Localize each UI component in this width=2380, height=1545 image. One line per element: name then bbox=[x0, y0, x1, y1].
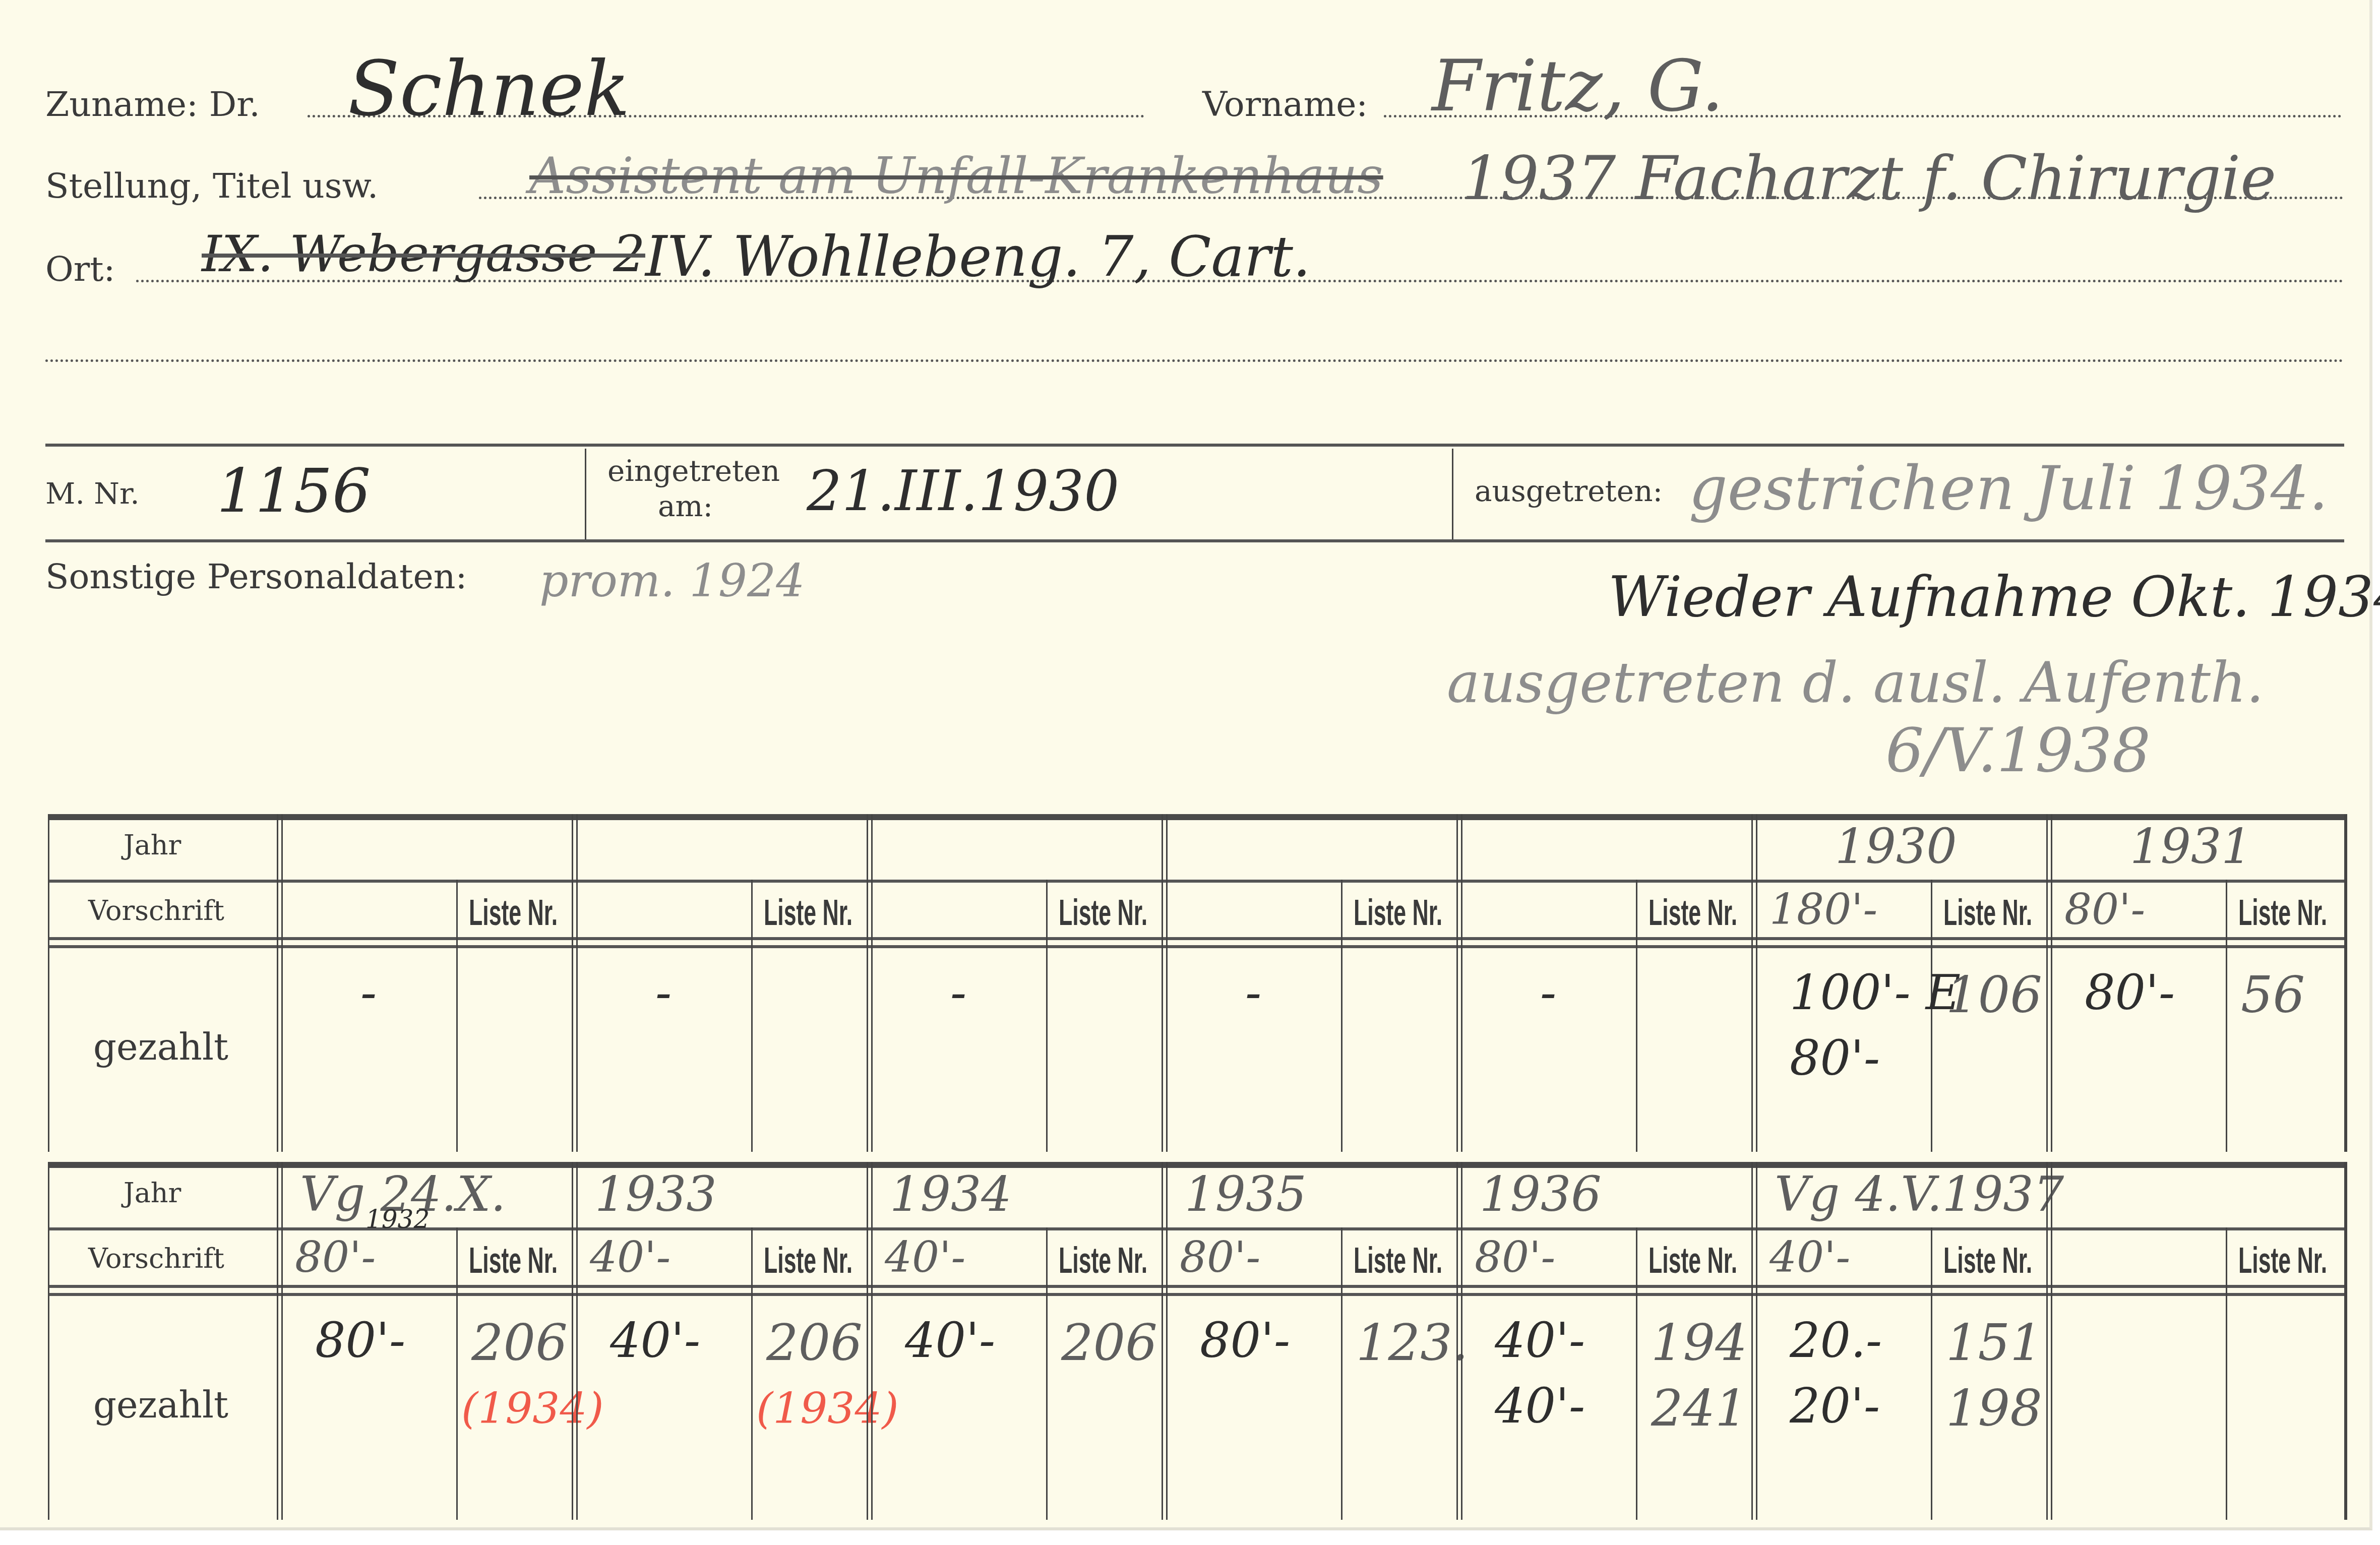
liste-divider bbox=[456, 1227, 458, 1520]
liste-cell: 56 bbox=[2241, 965, 2305, 1024]
row-label-gezahlt: gezahlt bbox=[93, 1384, 228, 1426]
year-cell: 1935 bbox=[1185, 1167, 1307, 1222]
liste-nr-label: Liste Nr. bbox=[764, 892, 852, 934]
row-label-vorschrift: Vorschrift bbox=[88, 1243, 224, 1274]
table-border-left bbox=[48, 814, 49, 1152]
eingetreten-value: 21.III.1930 bbox=[807, 459, 1119, 523]
ausgetreten-label: ausgetreten: bbox=[1475, 474, 1663, 508]
liste-nr-label: Liste Nr. bbox=[1649, 892, 1737, 934]
liste-cell: 151 bbox=[1946, 1313, 2042, 1372]
gezahlt-cell: - bbox=[1540, 965, 1556, 1021]
gezahlt-cell: 40'- bbox=[905, 1313, 995, 1369]
column-divider bbox=[1162, 814, 1168, 1152]
liste-nr-label: Liste Nr. bbox=[2238, 1240, 2327, 1281]
ort-label: Ort: bbox=[45, 250, 115, 289]
liste-cell: 206 bbox=[766, 1313, 863, 1372]
liste-nr-label: Liste Nr. bbox=[1943, 1240, 2032, 1281]
table-border-right bbox=[2344, 1162, 2347, 1520]
table-rule-vorschrift-1 bbox=[48, 1285, 2344, 1288]
zuname-label: Zuname: Dr. bbox=[45, 85, 260, 125]
liste-cell: 198 bbox=[1946, 1379, 2042, 1438]
index-card: Zuname: Dr. Schnek Vorname: Fritz, G. St… bbox=[0, 0, 2372, 1530]
table-border-right bbox=[2344, 814, 2347, 1152]
vorschrift-cell: 80'- bbox=[2064, 885, 2145, 935]
note-date: 6/V.1938 bbox=[1885, 716, 2151, 786]
liste-divider bbox=[2226, 1227, 2227, 1520]
zuname-value: Schnek bbox=[348, 45, 630, 133]
table-rule-vorschrift-2 bbox=[48, 945, 2344, 948]
table-rule-vorschrift-1 bbox=[48, 937, 2344, 940]
column-divider bbox=[867, 1162, 873, 1520]
row-label-jahr: Jahr bbox=[124, 1177, 181, 1209]
vorschrift-cell: 40'- bbox=[885, 1232, 965, 1282]
divider-1 bbox=[585, 449, 586, 539]
note-readmission: Wieder Aufnahme Okt. 1934 bbox=[1608, 565, 2380, 629]
vorschrift-cell: 80'- bbox=[295, 1232, 376, 1282]
table-rule-vorschrift-2 bbox=[48, 1293, 2344, 1296]
gezahlt-cell: 40'- bbox=[1495, 1379, 1585, 1434]
liste-nr-label: Liste Nr. bbox=[1059, 892, 1147, 934]
vorschrift-cell: 80'- bbox=[1180, 1232, 1260, 1282]
column-divider bbox=[1456, 814, 1462, 1152]
column-divider bbox=[1456, 1162, 1462, 1520]
gezahlt-cell: - bbox=[655, 965, 672, 1021]
stellung-value: 1937 Facharzt f. Chirurgie bbox=[1462, 144, 2276, 214]
vorschrift-cell: 40'- bbox=[1769, 1232, 1850, 1282]
gezahlt-cell: - bbox=[1245, 965, 1261, 1021]
ort-struck: IX. Webergasse 2 bbox=[202, 224, 645, 283]
eingetreten-label: eingetreten bbox=[607, 454, 780, 488]
sonstige-label: Sonstige Personaldaten: bbox=[45, 557, 467, 597]
vorschrift-cell: 40'- bbox=[590, 1232, 670, 1282]
column-divider bbox=[572, 814, 578, 1152]
liste-divider bbox=[751, 1227, 753, 1520]
liste-cell: 106 bbox=[1946, 965, 2042, 1024]
note-left: ausgetreten d. ausl. Aufenth. bbox=[1447, 650, 2264, 715]
eingetreten-am-label: am: bbox=[658, 489, 713, 523]
liste-cell: 123. bbox=[1356, 1313, 1469, 1372]
gezahlt-cell: 20'- bbox=[1790, 1379, 1880, 1434]
liste-nr-label: Liste Nr. bbox=[469, 892, 558, 934]
column-divider bbox=[1162, 1162, 1168, 1520]
gezahlt-cell: 80'- bbox=[1790, 1031, 1880, 1086]
gezahlt-cell: - bbox=[950, 965, 966, 1021]
table-border-left bbox=[48, 1162, 49, 1520]
liste-divider bbox=[2226, 880, 2227, 1152]
ort-value: IV. Wohllebeng. 7, Cart. bbox=[645, 224, 1311, 289]
liste-nr-label: Liste Nr. bbox=[764, 1240, 852, 1281]
column-divider bbox=[277, 814, 283, 1152]
gezahlt-cell: 80'- bbox=[2085, 965, 2175, 1021]
liste-divider bbox=[1636, 880, 1637, 1152]
stellung-struck: Assistent am Unfall-Krankenhaus bbox=[529, 146, 1383, 205]
table-rule-top bbox=[48, 814, 2344, 820]
liste-divider bbox=[1931, 1227, 1932, 1520]
liste-cell: 206 bbox=[1061, 1313, 1157, 1372]
liste-nr-label: Liste Nr. bbox=[1943, 892, 2032, 934]
column-divider bbox=[1751, 814, 1757, 1152]
liste-cell: 241 bbox=[1651, 1379, 1747, 1438]
year-sub: 1932 bbox=[365, 1205, 430, 1234]
liste-divider bbox=[751, 880, 753, 1152]
gezahlt-cell: 40'- bbox=[1495, 1313, 1585, 1369]
column-divider bbox=[2046, 1162, 2052, 1520]
sonstige-value: prom. 1924 bbox=[539, 554, 805, 607]
vorname-value: Fritz, G. bbox=[1432, 45, 1724, 128]
liste-divider bbox=[456, 880, 458, 1152]
row-label-jahr: Jahr bbox=[124, 829, 181, 861]
rule-bottom bbox=[45, 539, 2344, 542]
column-divider bbox=[277, 1162, 283, 1520]
vorschrift-cell: 180'- bbox=[1769, 885, 1877, 935]
liste-divider bbox=[1341, 1227, 1342, 1520]
liste-nr-label: Liste Nr. bbox=[2238, 892, 2327, 934]
gezahlt-cell: 40'- bbox=[610, 1313, 700, 1369]
blank-line bbox=[45, 359, 2344, 362]
liste-note-red: (1934) bbox=[756, 1384, 899, 1434]
column-divider bbox=[867, 814, 873, 1152]
year-cell: 1930 bbox=[1835, 819, 1957, 875]
stellung-label: Stellung, Titel usw. bbox=[45, 166, 378, 206]
liste-nr-label: Liste Nr. bbox=[1354, 892, 1442, 934]
liste-nr-label: Liste Nr. bbox=[469, 1240, 558, 1281]
mnr-value: 1156 bbox=[217, 456, 371, 526]
liste-cell: 206 bbox=[471, 1313, 568, 1372]
liste-divider bbox=[1046, 880, 1048, 1152]
year-cell: 1933 bbox=[595, 1167, 717, 1222]
year-cell: 1931 bbox=[2130, 819, 2252, 875]
mnr-label: M. Nr. bbox=[45, 476, 140, 511]
gezahlt-cell: 80'- bbox=[1200, 1313, 1290, 1369]
ausgetreten-value: gestrichen Juli 1934. bbox=[1689, 454, 2328, 524]
liste-nr-label: Liste Nr. bbox=[1059, 1240, 1147, 1281]
gezahlt-cell: 100'- E bbox=[1790, 965, 1961, 1021]
row-label-vorschrift: Vorschrift bbox=[88, 895, 224, 926]
vorschrift-cell: 80'- bbox=[1475, 1232, 1555, 1282]
liste-divider bbox=[1046, 1227, 1048, 1520]
liste-note-red: (1934) bbox=[461, 1384, 604, 1434]
rule-top bbox=[45, 444, 2344, 447]
year-cell: 1936 bbox=[1480, 1167, 1602, 1222]
divider-2 bbox=[1452, 449, 1453, 539]
liste-divider bbox=[1341, 880, 1342, 1152]
gezahlt-cell: 80'- bbox=[315, 1313, 405, 1369]
column-divider bbox=[2046, 814, 2052, 1152]
gezahlt-cell: 20.- bbox=[1790, 1313, 1882, 1369]
liste-nr-label: Liste Nr. bbox=[1649, 1240, 1737, 1281]
column-divider bbox=[1751, 1162, 1757, 1520]
year-cell: 1934 bbox=[890, 1167, 1012, 1222]
gezahlt-cell: - bbox=[360, 965, 377, 1021]
liste-cell: 194 bbox=[1651, 1313, 1747, 1372]
liste-nr-label: Liste Nr. bbox=[1354, 1240, 1442, 1281]
liste-divider bbox=[1636, 1227, 1637, 1520]
row-label-gezahlt: gezahlt bbox=[93, 1026, 228, 1068]
column-divider bbox=[572, 1162, 578, 1520]
table-rule-jahr bbox=[48, 880, 2344, 883]
year-cell: Vg 4.V.1937 bbox=[1775, 1167, 2064, 1222]
vorname-label: Vorname: bbox=[1202, 85, 1368, 125]
